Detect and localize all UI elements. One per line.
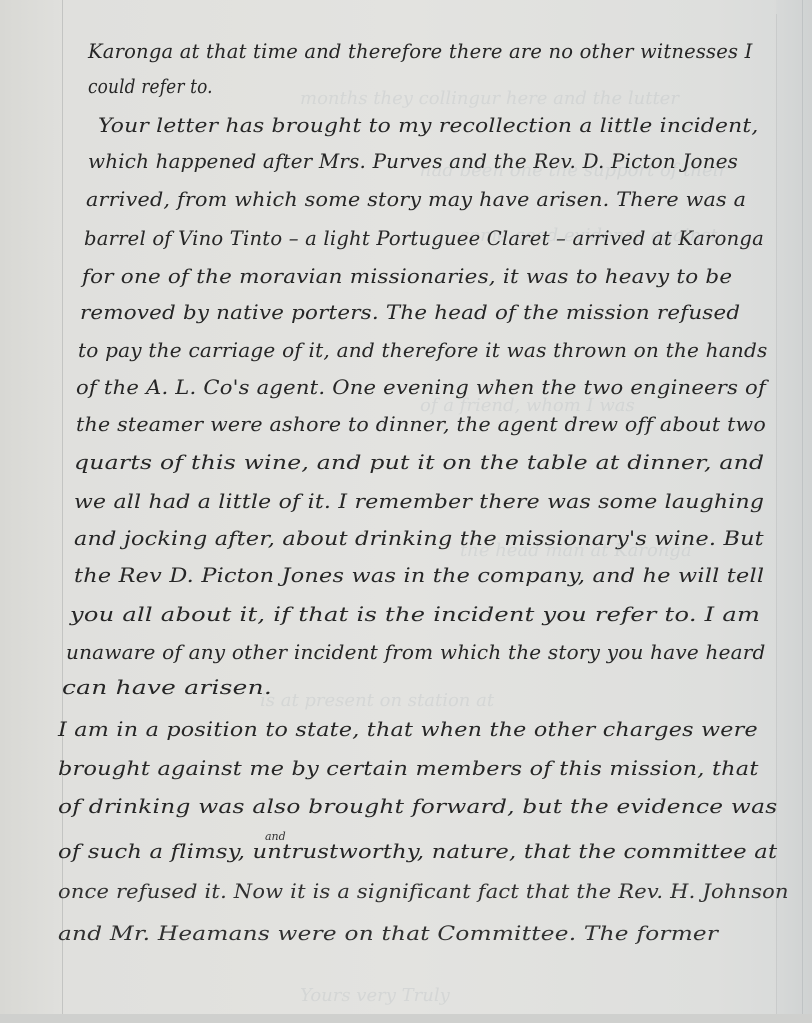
text-line: could refer to. [88,75,213,98]
text-line: the steamer were ashore to dinner, the a… [76,413,766,436]
text-line: removed by native porters. The head of t… [80,301,740,324]
letter-page: months they collingur here and the lutte… [0,0,812,1023]
text-line: I am in a position to state, that when t… [58,718,758,741]
text-line: brought against me by certain members of… [58,757,759,780]
text-line: quarts of this wine, and put it on the t… [74,451,764,474]
text-line: and jocking after, about drinking the mi… [74,527,764,550]
text-line: and Mr. Heamans were on that Committee. … [58,922,718,945]
text-line: Your letter has brought to my recollecti… [98,114,759,137]
text-line: can have arisen. [62,676,272,699]
text-line: you all about it, if that is the inciden… [70,603,760,626]
text-line: the Rev D. Picton Jones was in the compa… [74,564,764,587]
letter-body: Karonga at that time and therefore there… [0,0,812,1023]
text-line: we all had a little of it. I remember th… [74,490,764,513]
text-line: of drinking was also brought forward, bu… [58,795,777,818]
text-line: unaware of any other incident from which… [66,641,766,664]
text-line: of the A. L. Co's agent. One evening whe… [76,376,766,399]
text-line: of such a flimsy, untrustworthy, nature,… [58,840,777,863]
text-line: for one of the moravian missionaries, it… [82,265,732,288]
text-line: Karonga at that time and therefore there… [88,40,753,63]
text-line: barrel of Vino Tinto – a light Portuguee… [84,227,764,250]
text-line: which happened after Mrs. Purves and the… [88,150,738,173]
text-line: to pay the carriage of it, and therefore… [78,339,768,362]
text-line: arrived, from which some story may have … [86,188,746,211]
text-line: once refused it. Now it is a significant… [58,880,789,903]
